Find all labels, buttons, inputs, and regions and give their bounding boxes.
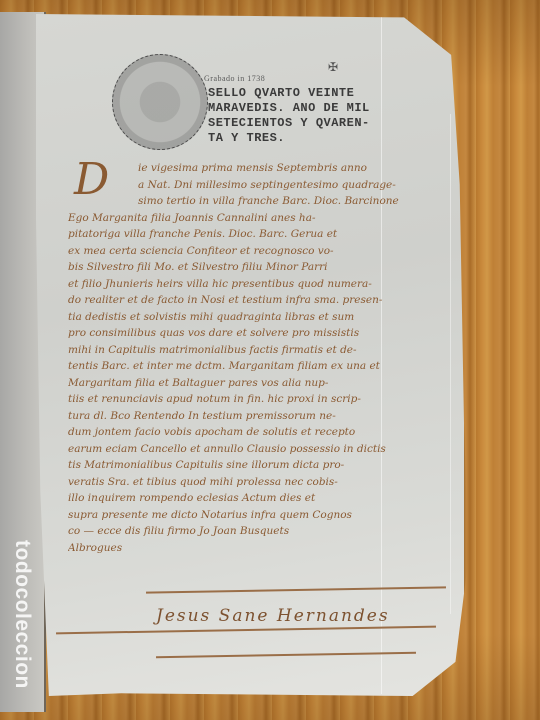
stamp-line: TA Y TRES. (208, 131, 428, 146)
text-line: bis Silvestro fili Mo. et Silvestro fili… (68, 259, 458, 276)
stamp-heading: SELLO QVARTO VEINTE MARAVEDIS. ANO DE MI… (208, 86, 428, 146)
stamp-line: SETECIENTOS Y QVAREN- (208, 116, 428, 131)
embossed-seal-icon (112, 54, 208, 150)
document-sheet: ✠ Grabado in 1738 SELLO QVARTO VEINTE MA… (36, 14, 464, 696)
flourish-line (146, 586, 446, 593)
text-line: illo inquirem rompendo eclesias Actum di… (68, 490, 458, 507)
watermark-text: todocoleccion (6, 540, 34, 710)
stamp-line: MARAVEDIS. ANO DE MIL (208, 101, 428, 116)
text-line: ie vigesima prima mensis Septembris anno (68, 160, 458, 177)
text-line: do realiter et de facto in Nosi et testi… (68, 292, 458, 309)
handwritten-text: ie vigesima prima mensis Septembris anno… (68, 160, 458, 556)
text-line: veratis Sra. et tibius quod mihi proless… (68, 474, 458, 491)
text-line: pro consimilibus quas vos dare et solver… (68, 325, 458, 342)
text-line: et filio Jhunieris heirs villa hic prese… (68, 276, 458, 293)
text-line: co — ecce dis filiu firmo Jo Joan Busque… (68, 523, 458, 540)
text-line: tis Matrimonialibus Capitulis sine illor… (68, 457, 458, 474)
text-line: Ego Marganita filia Joannis Cannalini an… (68, 210, 458, 227)
text-line: dum jontem facio vobis apocham de soluti… (68, 424, 458, 441)
stamp-line: SELLO QVARTO VEINTE (208, 86, 428, 101)
flourish-line (156, 652, 416, 658)
text-line: ex mea certa sciencia Confiteor et recog… (68, 243, 458, 260)
text-line: mihi in Capitulis matrimonialibus factis… (68, 342, 458, 359)
text-line: Margaritam filia et Baltaguer pares vos … (68, 375, 458, 392)
signature: Jesus Sane Hernandes (156, 606, 390, 626)
cross-mark-icon: ✠ (328, 60, 338, 75)
stamp-small-print: Grabado in 1738 (204, 74, 265, 83)
text-line: simo tertio in villa franche Barc. Dioc.… (68, 193, 458, 210)
text-line: supra presente me dicto Notarius infra q… (68, 507, 458, 524)
text-line: earum eciam Cancello et annullo Clausio … (68, 441, 458, 458)
text-line: a Nat. Dni millesimo septingentesimo qua… (68, 177, 458, 194)
text-line: tiis et renunciavis apud notum in fin. h… (68, 391, 458, 408)
text-line: tia dedistis et solvistis mihi quadragin… (68, 309, 458, 326)
text-line: pitatoriga villa franche Penis. Dioc. Ba… (68, 226, 458, 243)
flourish-line (56, 626, 436, 634)
text-line: tura dl. Bco Rentendo In testium premiss… (68, 408, 458, 425)
text-line: Albrogues (68, 540, 458, 557)
text-line: tentis Barc. et inter me dctm. Marganita… (68, 358, 458, 375)
